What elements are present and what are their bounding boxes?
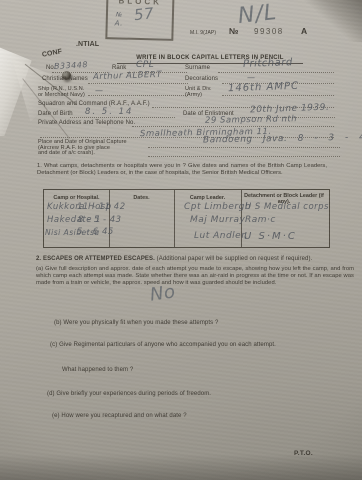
field-line [70,117,175,118]
field-dob-value: 8. 5. 14 [85,107,133,117]
field-christian-names-label: Christian Names [42,76,88,83]
block-number-stamp: BLOCK № A. 57 [105,0,174,41]
field-decorations-label: Decorations [185,76,218,83]
question-2c-followup: What happened to them ? [62,367,133,374]
table-header-camp: Camp or Hospital. [44,195,109,201]
series-letter: A [301,27,307,36]
field-line [88,83,188,84]
table-row-detachment: Ram·c [245,215,276,225]
stamp-no-symbol: № [116,11,123,18]
table-row-leader: Lut Andler, [194,231,248,241]
field-ship-value: — [95,86,104,95]
table-row-dates: 11 - 11 42 [77,202,126,212]
nil-annotation: N/L [237,0,279,29]
serial-number: 99308 [254,28,284,37]
field-dob-label: Date of Birth [38,111,73,118]
stamp-letter: A. [115,19,123,27]
field-surname-label: Surname [185,65,210,72]
table-row-detachment: U S Medical corps [245,202,329,212]
field-line [222,95,334,96]
question-1-text: 1. What camps, detachments or hospitals … [37,163,327,177]
table-row-dates: 8 - 5 - 43 [78,215,122,225]
table-row-leader: Cpt Limbergh [184,202,251,212]
field-surname-value: Pritchard [243,57,293,70]
field-address-label: Private Address and Telephone No. [38,120,135,127]
table-row-leader: Maj Murray [190,215,245,225]
question-2-heading-rest: (Additional paper will be supplied on re… [155,256,312,262]
number-sign: № [229,27,239,36]
field-address-value-1: 29 Sampson Rd nth [205,114,297,126]
field-no-value: B33448 [54,60,88,71]
stamp-number: 57 [133,4,155,24]
field-rank-value: CPL [136,60,154,70]
table-row-dates: 5 - 6 45 [77,227,114,237]
camp-table: Camp or Hospital. Dates. Camp Leader. De… [43,189,330,248]
field-line [88,95,188,96]
field-unit-label-2: (Army) [185,92,202,98]
question-2e-text: (e) How were you recaptured and on what … [52,413,187,420]
question-2-heading: 2. ESCAPES OR ATTEMPTED ESCAPES. (Additi… [36,256,354,263]
question-2a-answer: No [149,281,177,305]
field-line [218,72,334,73]
question-2-heading-bold: 2. ESCAPES OR ATTEMPTED ESCAPES. [36,256,155,262]
form-code: M.I. 9(JAP) [190,31,216,37]
table-header-leader: Camp Leader. [174,195,241,201]
pto-note: P.T.O. [294,450,313,457]
question-2d-text: (d) Give briefly your experiences during… [47,391,211,398]
field-decorations-value: — [247,73,256,82]
confidential-stamp-fragment: .NTIAL [76,41,99,49]
field-line [148,147,340,148]
question-2a-text: (a) Give full description and approx. da… [36,266,354,286]
table-header-dates: Dates. [109,195,174,201]
field-ship-label-2: or Merchant Navy) [38,92,85,98]
question-2b-text: (b) Were you physically fit when you mad… [54,320,218,327]
field-line [148,156,340,157]
document-scan: BLOCK № A. 57 N/L .NTIAL CONF M.I. 9(JAP… [0,0,362,480]
field-capture-label-3: and date of a/c crash). [38,150,95,156]
question-2c-text: (c) Give Regimental particulars of anyon… [50,342,276,349]
table-row-detachment: U S·M·C [244,231,297,242]
